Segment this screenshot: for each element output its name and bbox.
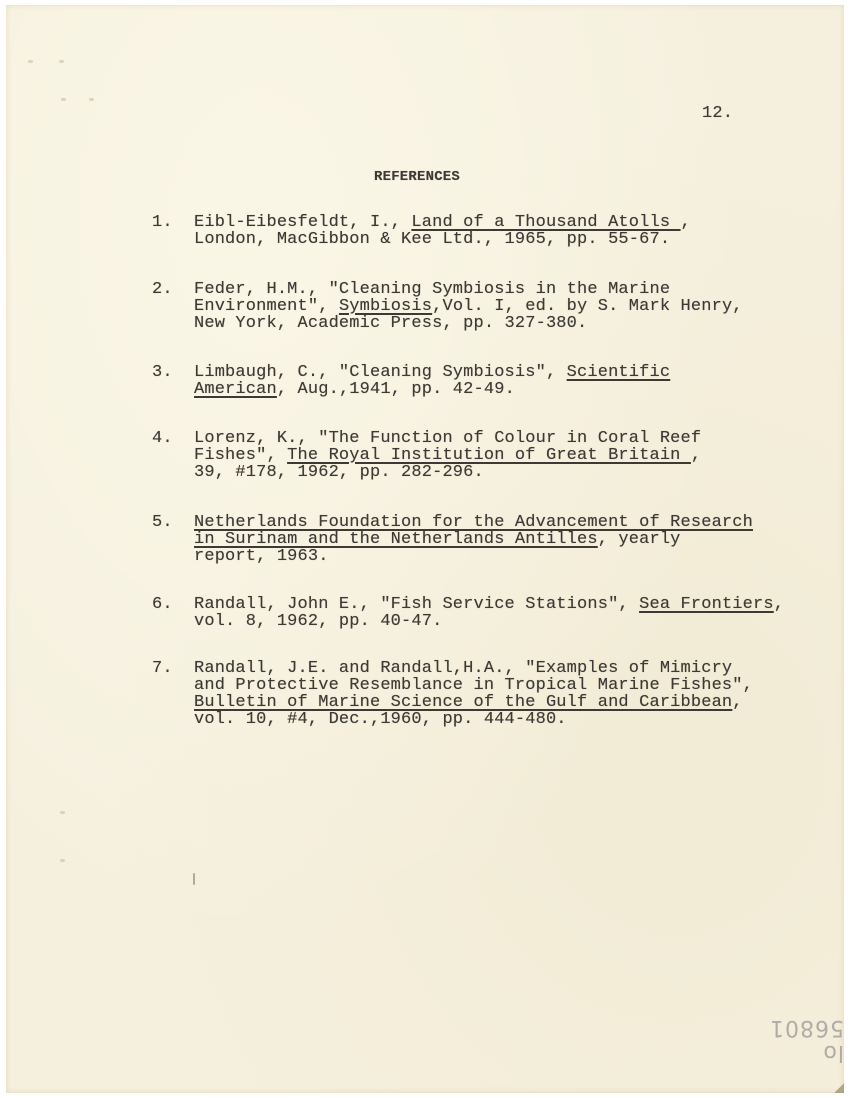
reference-text: Lorenz, K., "The Function of Colour in C… <box>194 430 701 481</box>
paper-blemish <box>28 60 33 63</box>
citation-text: 39, #178, 1962, pp. 282-296. <box>194 463 484 482</box>
reference-line: report, 1963. <box>194 548 753 565</box>
paper-blemish <box>60 859 65 862</box>
reference-line: New York, Academic Press, pp. 327-380. <box>194 315 743 332</box>
reference-number: 2. <box>152 281 173 298</box>
typed-page: 12. REFERENCES 1.Eibl-Eibesfeldt, I., La… <box>6 5 844 1093</box>
reference-line: Limbaugh, C., "Cleaning Symbiosis", Scie… <box>194 364 670 381</box>
citation-text: New York, Academic Press, pp. 327-380. <box>194 314 587 333</box>
reference-line: American, Aug.,1941, pp. 42-49. <box>194 381 670 398</box>
reference-number: 5. <box>152 514 173 531</box>
references-heading: REFERENCES <box>374 169 460 186</box>
reference-line: Bulletin of Marine Science of the Gulf a… <box>194 694 753 711</box>
handwritten-pencil-note: lo 56801 <box>740 1015 844 1065</box>
reference-line: Environment", Symbiosis,Vol. I, ed. by S… <box>194 298 743 315</box>
underlined-title: Sea Frontiers <box>639 595 774 614</box>
reference-line: Netherlands Foundation for the Advanceme… <box>194 514 753 531</box>
stray-ink-mark <box>193 873 195 885</box>
reference-line: vol. 10, #4, Dec.,1960, pp. 444-480. <box>194 711 753 728</box>
paper-blemish <box>59 60 64 63</box>
reference-text: Limbaugh, C., "Cleaning Symbiosis", Scie… <box>194 364 670 398</box>
citation-text: vol. 10, #4, Dec.,1960, pp. 444-480. <box>194 710 567 729</box>
reference-number: 4. <box>152 430 173 447</box>
reference-number: 3. <box>152 364 173 381</box>
citation-text: , <box>691 446 701 465</box>
citation-text: London, MacGibbon & Kee Ltd., 1965, pp. … <box>194 230 670 249</box>
citation-text: report, 1963. <box>194 547 329 566</box>
reference-text: Randall, J.E. and Randall,H.A., "Example… <box>194 660 753 728</box>
corner-fold <box>834 1083 844 1093</box>
reference-text: Eibl-Eibesfeldt, I., Land of a Thousand … <box>194 214 691 248</box>
reference-line: Eibl-Eibesfeldt, I., Land of a Thousand … <box>194 214 691 231</box>
reference-number: 6. <box>152 596 173 613</box>
underlined-title: Scientific <box>567 363 671 382</box>
paper-blemish <box>61 98 66 101</box>
reference-number: 1. <box>152 214 173 231</box>
reference-text: Randall, John E., "Fish Service Stations… <box>194 596 784 630</box>
citation-text: , yearly <box>598 530 681 549</box>
reference-line: in Surinam and the Netherlands Antilles,… <box>194 531 753 548</box>
reference-line: and Protective Resemblance in Tropical M… <box>194 677 753 694</box>
reference-line: Randall, J.E. and Randall,H.A., "Example… <box>194 660 753 677</box>
reference-line: Lorenz, K., "The Function of Colour in C… <box>194 430 701 447</box>
citation-text: vol. 8, 1962, pp. 40-47. <box>194 612 442 631</box>
reference-line: vol. 8, 1962, pp. 40-47. <box>194 613 784 630</box>
paper-blemish <box>60 811 65 814</box>
reference-line: Randall, John E., "Fish Service Stations… <box>194 596 784 613</box>
citation-text: , <box>732 693 742 712</box>
reference-line: London, MacGibbon & Kee Ltd., 1965, pp. … <box>194 231 691 248</box>
page-number: 12. <box>702 105 733 122</box>
citation-text: , <box>681 213 691 232</box>
underlined-title: American <box>194 380 277 399</box>
paper-blemish <box>89 98 94 101</box>
citation-text: , Aug.,1941, pp. 42-49. <box>277 380 515 399</box>
reference-line: 39, #178, 1962, pp. 282-296. <box>194 464 701 481</box>
reference-text: Feder, H.M., "Cleaning Symbiosis in the … <box>194 281 743 332</box>
citation-text: , <box>774 595 784 614</box>
reference-number: 7. <box>152 660 173 677</box>
reference-text: Netherlands Foundation for the Advanceme… <box>194 514 753 565</box>
reference-line: Fishes", The Royal Institution of Great … <box>194 447 701 464</box>
reference-line: Feder, H.M., "Cleaning Symbiosis in the … <box>194 281 743 298</box>
